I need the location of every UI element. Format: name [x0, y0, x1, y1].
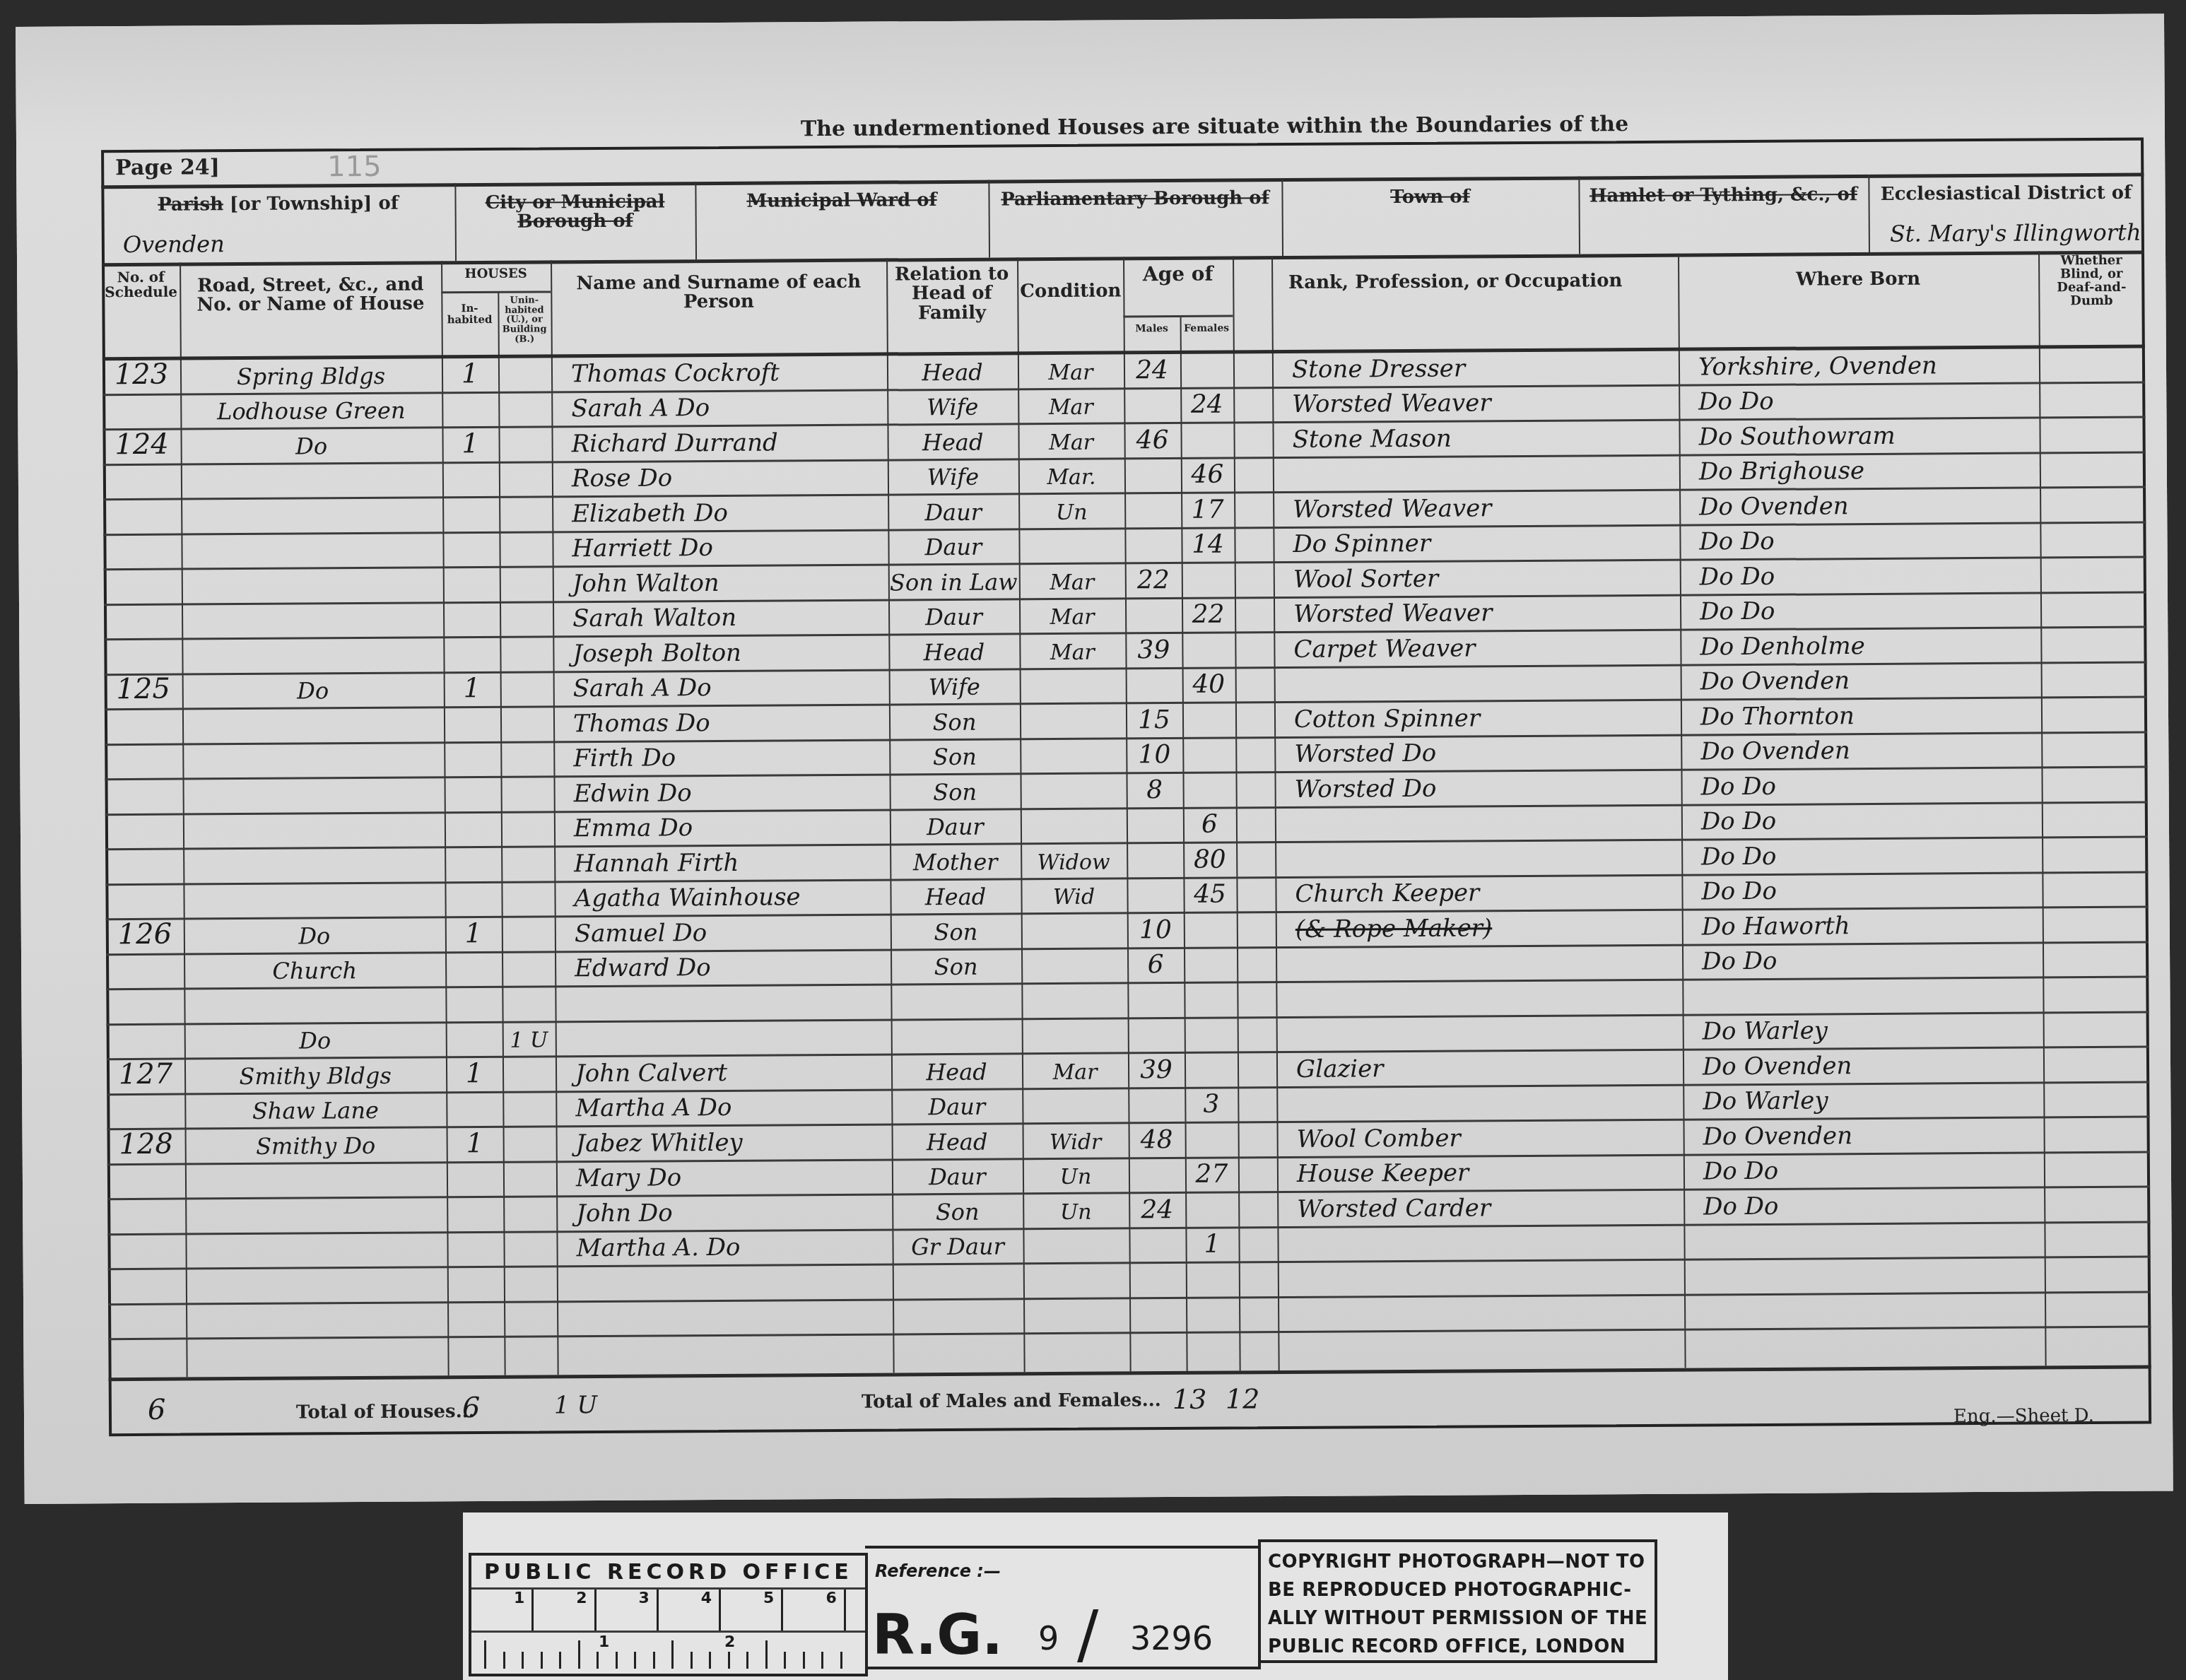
cell-female-age [1185, 1121, 1238, 1156]
cell-uninhabited [500, 565, 553, 601]
cell-occupation: (& Rope Maker) [1295, 909, 1682, 946]
total-females: 12 [1226, 1383, 1260, 1414]
total-persons-label: Total of Males and Females... [862, 1391, 1161, 1412]
cell-inhabited [442, 461, 499, 496]
cell-inhabited [443, 601, 500, 636]
cell-relation: Mother [890, 842, 1021, 879]
cell-occupation: Worsted Weaver [1293, 594, 1680, 631]
cell-male-age: 24 [1124, 352, 1180, 387]
cell-road: Shaw Lane [184, 1091, 446, 1128]
cell-schedule [105, 883, 183, 918]
cell-relation: Wife [887, 388, 1018, 424]
cell-uninhabited [499, 461, 552, 496]
cell-name: Elizabeth Do [572, 493, 888, 530]
cell-road [182, 636, 443, 673]
total-inhabited: 6 [462, 1392, 481, 1424]
record-office-stamp: PUBLIC RECORD OFFICE 123456 12 Reference… [463, 1512, 1728, 1680]
cell-schedule [105, 813, 183, 848]
cell-road [182, 706, 444, 743]
cell-where-born [1703, 1221, 2044, 1258]
cell-inhabited: 1 [444, 671, 500, 706]
cell-male-age: 39 [1128, 1052, 1185, 1087]
ruler-cell: 4 [659, 1590, 721, 1631]
cell-uninhabited [500, 601, 553, 636]
cell-relation: Wife [889, 668, 1020, 704]
cell-inhabited: 1 [442, 356, 498, 392]
cell-uninhabited [499, 495, 552, 531]
cell-name: Richard Durrand [571, 423, 887, 460]
cell-name: Joseph Bolton [572, 633, 888, 670]
cell-uninhabited [503, 1091, 556, 1126]
ruler-tick [616, 1652, 618, 1669]
cell-female-age [1184, 981, 1237, 1016]
cell-male-age [1127, 806, 1183, 842]
cell-male-age: 39 [1125, 632, 1182, 667]
cell-inhabited [446, 1091, 503, 1126]
struck-label: Parish [158, 194, 223, 216]
cell-inhabited [445, 951, 502, 986]
cell-relation: Son [889, 703, 1020, 739]
ruler-mark: 2 [724, 1633, 735, 1651]
cell-where-born: Do Do [1698, 382, 2039, 418]
boundary-label-5: Hamlet or Tything, &c., of [1582, 185, 1864, 206]
boundary-value-0: Ovenden [123, 230, 225, 258]
cell-uninhabited [499, 531, 552, 566]
cell-uninhabited [500, 705, 553, 741]
cell-condition [1018, 527, 1124, 563]
cell-uninhabited [501, 881, 554, 916]
cell-where-born: Do Thornton [1700, 697, 2041, 734]
cell-condition [1023, 1227, 1129, 1262]
cell-occupation: Worsted Weaver [1293, 489, 1679, 527]
boundary-label-0: Parish [or Township] of [105, 194, 450, 215]
ruler-cell: 5 [721, 1590, 783, 1631]
struck-label: Municipal Ward of [746, 189, 937, 212]
copyright-line: COPYRIGHT PHOTOGRAPH—NOT TO [1268, 1548, 1647, 1576]
cell-uninhabited [503, 1055, 556, 1091]
cell-blind [2040, 521, 2146, 556]
cell-inhabited [445, 811, 501, 846]
cell-name: Martha A Do [575, 1088, 891, 1125]
cell-relation: Son [889, 738, 1020, 774]
cell-uninhabited [503, 1125, 556, 1161]
boundary-label-6: Ecclesiastical District of [1872, 184, 2139, 205]
cell-schedule: 124 [102, 428, 180, 464]
column-header-occupation: Rank, Profession, or Occupation [1235, 271, 1675, 293]
cell-blind [2044, 1186, 2150, 1221]
cell-name: Harriett Do [572, 529, 888, 565]
cell-occupation: Wool Sorter [1293, 559, 1680, 597]
cell-uninhabited [498, 425, 551, 461]
cell-blind [2040, 451, 2146, 486]
column-header-road: Road, Street, &c., and No. or Name of Ho… [182, 275, 438, 315]
cell-occupation [1295, 839, 1681, 876]
cell-inhabited [444, 741, 500, 776]
cell-inhabited [443, 566, 500, 601]
cell-condition: Mar [1018, 352, 1124, 387]
cell-female-age [1182, 771, 1235, 806]
cell-where-born: Do Haworth [1702, 907, 2043, 944]
cell-condition [1022, 1087, 1128, 1122]
ruler-bottom: 12 [471, 1632, 865, 1674]
cell-inhabited [447, 1196, 503, 1231]
cell-inhabited [446, 1021, 503, 1056]
cell-schedule [105, 708, 182, 744]
cell-schedule [107, 1163, 185, 1198]
cell-where-born: Do Brighouse [1699, 452, 2040, 488]
cell-relation: Son [891, 948, 1021, 984]
cell-condition: Mar [1019, 632, 1125, 667]
cell-male-age: 15 [1126, 702, 1182, 737]
cell-occupation: Glazier [1296, 1049, 1683, 1086]
cell-inhabited: 1 [445, 916, 502, 951]
cell-road [183, 881, 445, 918]
ruler-tick [728, 1652, 730, 1669]
cell-schedule: 127 [107, 1058, 184, 1093]
cell-male-age [1127, 876, 1183, 912]
cell-female-age [1185, 1016, 1238, 1052]
copyright-line: PUBLIC RECORD OFFICE, LONDON [1268, 1633, 1647, 1661]
cell-road [183, 811, 445, 848]
cell-where-born: Yorkshire, Ovenden [1698, 347, 2039, 384]
ruler-tick [597, 1652, 599, 1669]
cell-condition [1021, 982, 1127, 1017]
cell-female-age [1180, 421, 1233, 457]
cell-schedule [103, 463, 181, 498]
column-header-inhabited: In-habited [444, 303, 495, 326]
cell-schedule [104, 638, 182, 674]
cell-male-age [1124, 527, 1181, 562]
page-pencil-mark: 115 [327, 151, 382, 183]
cell-female-age: 46 [1181, 457, 1234, 492]
cell-blind [2041, 766, 2147, 801]
cell-male-age [1128, 1086, 1185, 1122]
ruler-tick [559, 1652, 561, 1669]
cell-blind [2040, 556, 2146, 592]
column-header-age_of: Age of [1126, 264, 1230, 285]
boundary-label-1: City or Municipal Borough of [459, 192, 691, 233]
column-header-females: Females [1183, 324, 1230, 334]
cell-name: Rose Do [572, 459, 888, 495]
ruler-tick [578, 1640, 580, 1669]
cell-female-age: 27 [1185, 1156, 1238, 1192]
cell-schedule [106, 953, 184, 988]
cell-female-age: 6 [1183, 806, 1236, 842]
cell-condition: Un [1023, 1157, 1129, 1192]
cell-uninhabited [501, 811, 554, 846]
cell-condition [1020, 772, 1126, 807]
total-houses-label: Total of Houses... [296, 1402, 475, 1423]
cell-road: Lodhouse Green [180, 392, 442, 428]
cell-relation [891, 1018, 1022, 1054]
cell-condition [1020, 737, 1126, 773]
cell-blind [2042, 801, 2148, 836]
cell-condition: Widr [1022, 1122, 1128, 1157]
cell-female-age [1182, 701, 1235, 736]
cell-occupation [1296, 1083, 1683, 1121]
cell-schedule [103, 533, 181, 568]
cell-female-age [1182, 736, 1235, 772]
cell-relation: Daur [888, 598, 1019, 634]
cell-uninhabited [500, 741, 553, 776]
cell-blind [2040, 626, 2146, 662]
cell-road [184, 986, 445, 1023]
cell-where-born: Do Do [1701, 871, 2042, 908]
cell-occupation: Worsted Carder [1297, 1189, 1683, 1226]
cell-where-born: Do Ovenden [1700, 732, 2041, 768]
cell-name: Sarah A Do [573, 669, 889, 705]
cell-blind [2042, 871, 2148, 906]
cell-condition: Mar. [1018, 457, 1124, 493]
cell-relation: Gr Daur [892, 1228, 1023, 1264]
ruler-cell: 2 [534, 1590, 596, 1631]
cell-uninhabited [498, 391, 551, 426]
cell-blind [2041, 696, 2147, 732]
cell-relation: Wife [888, 458, 1018, 494]
cell-relation: Son [892, 1192, 1023, 1228]
cell-name: Thomas Do [573, 703, 889, 740]
cell-where-born: Do Ovenden [1703, 1047, 2043, 1083]
ruler-cell: 3 [597, 1590, 659, 1631]
cell-condition: Un [1023, 1192, 1129, 1227]
cell-condition: Wid [1021, 877, 1127, 912]
cell-condition: Mar [1018, 387, 1124, 423]
page-number: Page 24] [115, 156, 220, 179]
ruler-tick [691, 1652, 693, 1669]
cell-condition: Widow [1021, 842, 1127, 877]
cell-name: John Calvert [575, 1053, 891, 1090]
stamp-ruler-box: PUBLIC RECORD OFFICE 123456 12 [469, 1553, 868, 1676]
cell-inhabited [442, 391, 498, 426]
cell-occupation [1297, 1223, 1683, 1261]
column-header: No. of ScheduleRoad, Street, &c., and No… [16, 13, 2164, 27]
ruler-tick [709, 1652, 711, 1669]
cell-relation: Son in Law [888, 563, 1019, 599]
cell-blind [2040, 486, 2146, 522]
cell-where-born: Do Do [1700, 592, 2040, 628]
ruler-cell: 6 [783, 1590, 845, 1631]
cell-female-age: 1 [1185, 1226, 1238, 1262]
cell-where-born: Do Do [1703, 1151, 2044, 1188]
cell-female-age: 24 [1180, 387, 1233, 422]
cell-uninhabited [502, 985, 555, 1021]
cell-where-born: Do Do [1701, 837, 2042, 874]
cell-male-age [1124, 457, 1181, 492]
cell-blind [2040, 591, 2146, 626]
cell-name: John Do [576, 1193, 892, 1230]
cell-where-born: Do Do [1701, 801, 2042, 838]
cell-condition [1021, 912, 1127, 947]
cell-relation: Daur [891, 1088, 1022, 1124]
ruler-tick [653, 1652, 655, 1669]
cell-relation: Daur [888, 493, 1018, 529]
cell-inhabited [442, 531, 499, 566]
cell-blind [2042, 836, 2148, 871]
cell-name: Hannah Firth [574, 843, 890, 880]
cell-female-age: 22 [1182, 597, 1235, 632]
cell-condition [1021, 947, 1127, 982]
boundary-label-2: Municipal Ward of [699, 191, 984, 212]
cell-where-born: Do Do [1703, 1186, 2044, 1223]
cell-road: Smithy Bldgs [184, 1056, 446, 1093]
cell-relation: Son [889, 773, 1020, 809]
cell-uninhabited [501, 845, 554, 881]
cell-schedule [107, 1198, 185, 1233]
cell-occupation: Worsted Do [1294, 734, 1681, 771]
cell-male-age: 24 [1129, 1192, 1185, 1227]
column-header-condition: Condition [1020, 281, 1120, 301]
ruler-tick [803, 1652, 805, 1669]
cell-occupation: House Keeper [1297, 1153, 1683, 1191]
cell-name: Thomas Cockroft [571, 353, 887, 390]
cell-name: Martha A. Do [576, 1228, 892, 1265]
cell-road: Do [182, 671, 444, 708]
ruler-tick [784, 1652, 786, 1669]
cell-where-born: Do Do [1702, 941, 2043, 978]
cell-female-age: 17 [1181, 491, 1234, 527]
cell-schedule [106, 988, 184, 1023]
cell-inhabited [443, 636, 500, 671]
cell-inhabited: 1 [446, 1056, 503, 1091]
cell-relation: Head [891, 1052, 1022, 1088]
cell-schedule [105, 848, 183, 883]
cell-occupation: Church Keeper [1295, 874, 1681, 911]
cell-blind [2039, 346, 2145, 382]
cell-female-age [1185, 1051, 1238, 1086]
cell-name: Sarah A Do [571, 389, 887, 425]
cell-condition [1022, 1017, 1128, 1052]
cell-name: Firth Do [573, 739, 889, 775]
cell-uninhabited [500, 635, 553, 671]
cell-name: John Walton [572, 563, 888, 600]
cell-occupation: Cotton Spinner [1294, 699, 1681, 736]
cell-relation: Head [888, 633, 1019, 669]
cell-female-age [1182, 631, 1235, 666]
cell-where-born: Do Do [1700, 767, 2041, 804]
cell-inhabited: 1 [442, 426, 498, 462]
cell-female-age: 80 [1183, 841, 1236, 876]
reference-part: 9 [1038, 1619, 1059, 1657]
cell-male-age [1128, 1016, 1185, 1052]
total-schedules: 6 [148, 1394, 166, 1426]
cell-uninhabited: 1 U [503, 1021, 556, 1056]
total-males: 13 [1173, 1384, 1207, 1415]
cell-blind [2041, 661, 2147, 696]
copyright-notice: COPYRIGHT PHOTOGRAPH—NOT TOBE REPRODUCED… [1268, 1548, 1647, 1661]
cell-uninhabited [503, 1195, 556, 1230]
cell-schedule: 123 [102, 358, 180, 394]
cell-male-age [1127, 842, 1183, 877]
reference-slash: / [1077, 1598, 1098, 1672]
column-header-blind: Whether Blind, or Deaf-and-Dumb [2041, 254, 2141, 308]
cell-male-age [1124, 492, 1181, 527]
ruler-tick [821, 1652, 823, 1669]
cell-name: Edward Do [575, 948, 891, 985]
cell-relation: Daur [892, 1158, 1023, 1194]
cell-schedule [107, 1023, 184, 1058]
struck-label: Parliamentary Borough of [1001, 187, 1269, 210]
struck-label: Town of [1390, 186, 1470, 208]
stamp-office: PUBLIC RECORD OFFICE [484, 1560, 853, 1585]
column-header-where_born: Where Born [1681, 269, 2035, 290]
cell-blind [2039, 416, 2145, 452]
cell-blind [2043, 976, 2149, 1011]
cell-relation: Head [887, 423, 1018, 459]
cell-schedule [105, 778, 182, 813]
reference-piece: 3296 [1130, 1619, 1213, 1657]
cell-female-age [1182, 561, 1235, 597]
cell-occupation: Worsted Weaver [1292, 384, 1679, 421]
struck-label: Hamlet or Tything, &c., of [1589, 184, 1857, 206]
cell-schedule [102, 393, 180, 428]
ruler-tick [484, 1640, 486, 1669]
census-page: Page 24] 115 The undermentioned Houses a… [16, 13, 2173, 1504]
cell-road [182, 601, 443, 638]
cell-relation: Head [887, 353, 1018, 389]
cell-inhabited [447, 1230, 503, 1266]
cell-occupation [1295, 979, 1682, 1016]
column-header-schedule: No. of Schedule [105, 270, 177, 300]
ruler-tick [634, 1652, 636, 1669]
sheet-label: Eng.—Sheet D. [1953, 1406, 2094, 1427]
reference-series: R.G. [872, 1604, 1003, 1667]
cell-female-age [1185, 1191, 1238, 1226]
cell-road [185, 1196, 447, 1233]
cell-relation: Head [890, 878, 1021, 914]
cell-condition: Mar [1022, 1052, 1128, 1087]
cell-blind [2044, 1221, 2150, 1256]
cell-schedule [107, 1233, 185, 1268]
cell-condition: Mar [1019, 562, 1125, 597]
cell-condition [1020, 667, 1126, 703]
cell-where-born: Do Do [1699, 522, 2040, 558]
ruler-tick [503, 1652, 505, 1669]
stamp-copyright-box: COPYRIGHT PHOTOGRAPH—NOT TOBE REPRODUCED… [1258, 1539, 1657, 1663]
cell-road [181, 531, 442, 568]
struck-label: City or Municipal Borough of [485, 191, 664, 233]
cell-male-age: 22 [1125, 562, 1182, 597]
cell-road: Do [180, 426, 442, 463]
cell-inhabited: 1 [447, 1126, 503, 1161]
stamp-reference-box: Reference :— R.G. 9 / 3296 [865, 1546, 1261, 1669]
ruler-top: 123456 [471, 1590, 865, 1631]
cell-road: Spring Bldgs [180, 356, 442, 393]
census-rows: 123Spring Bldgs1Thomas CockroftHeadMar24… [16, 13, 2164, 27]
cell-occupation [1295, 804, 1681, 841]
cell-schedule: 125 [105, 673, 182, 708]
cell-blind [2043, 1011, 2149, 1046]
cell-blind [2044, 1151, 2150, 1186]
cell-uninhabited [500, 775, 553, 811]
ruler-cell: 1 [471, 1590, 534, 1631]
cell-inhabited [445, 986, 502, 1021]
cell-where-born: Do Warley [1703, 1081, 2043, 1118]
cell-where-born: Do Denholme [1700, 627, 2040, 664]
cell-male-age [1129, 1156, 1185, 1192]
cell-occupation [1296, 1014, 1683, 1051]
cell-female-age [1184, 946, 1237, 982]
cell-name: Samuel Do [575, 913, 891, 950]
cell-schedule [103, 498, 181, 534]
cell-blind [2043, 941, 2149, 976]
cell-condition [1021, 807, 1127, 842]
ruler-tick [840, 1652, 842, 1669]
cell-condition [1020, 702, 1126, 737]
cell-inhabited [445, 846, 501, 881]
form-title: The undermentioned Houses are situate wi… [801, 113, 1628, 141]
ruler-tick [541, 1652, 543, 1669]
cell-occupation: Worsted Do [1294, 769, 1681, 806]
